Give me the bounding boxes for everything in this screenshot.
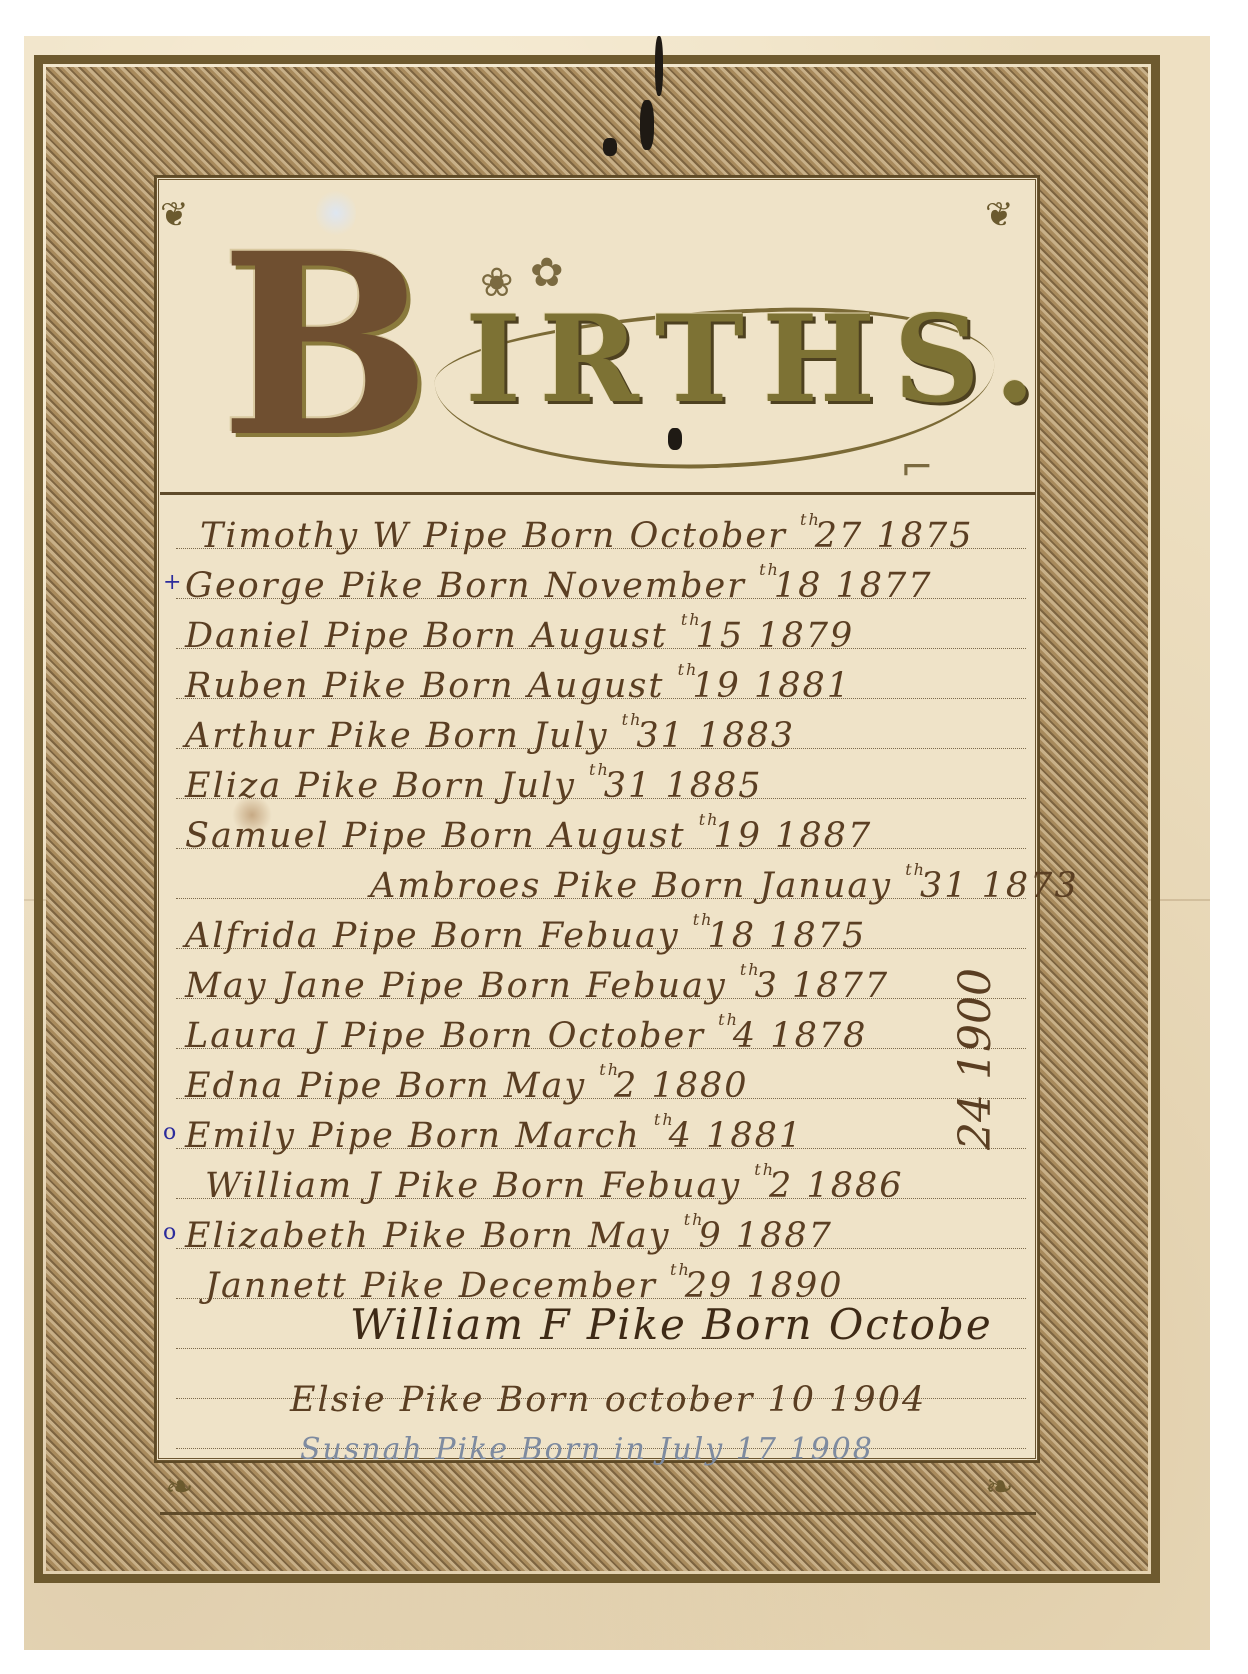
- entry-text: Alfrida Pipe Born Febuay: [185, 916, 680, 956]
- birth-entry: Arthur Pike Born July th31 1883: [185, 710, 795, 756]
- corner-flourish-bottom-left-icon: ❧: [165, 1470, 194, 1504]
- paper-tear: [655, 36, 663, 96]
- entry-text: Timothy W Pipe Born October: [200, 516, 787, 556]
- entry-marker: +: [163, 570, 181, 595]
- birth-entry: Emily Pipe Born March th4 1881: [185, 1110, 803, 1156]
- entry-text: Elsie Pike Born october 10 1904: [290, 1380, 926, 1420]
- entry-day: 31: [604, 766, 653, 806]
- entry-day: 2: [614, 1066, 638, 1106]
- entry-day: 2: [769, 1166, 793, 1206]
- entry-day: 27: [815, 516, 864, 556]
- birth-entry: Ambroes Pike Born Januay th31 1873: [370, 860, 1079, 906]
- entry-text: Edna Pipe Born May: [185, 1066, 586, 1106]
- birth-entry: William F Pike Born Octobe: [350, 1300, 993, 1349]
- entry-day: 18: [774, 566, 823, 606]
- entry-day: 19: [692, 666, 741, 706]
- header-divider: [160, 492, 1036, 495]
- entry-year: 1877: [792, 966, 889, 1006]
- entry-year: 1881: [706, 1116, 803, 1156]
- entry-year: 1875: [876, 516, 973, 556]
- entry-day: 9: [698, 1216, 722, 1256]
- water-spot: [316, 188, 356, 238]
- entry-marker: o: [163, 1220, 176, 1245]
- entry-year: 1881: [754, 666, 851, 706]
- entry-text: Arthur Pike Born July: [185, 716, 609, 756]
- entry-year: 1879: [757, 616, 854, 656]
- birth-entry: Eliza Pike Born July th31 1885: [185, 760, 763, 806]
- entry-day: 4: [669, 1116, 693, 1156]
- birth-entry: George Pike Born November th18 1877: [185, 560, 933, 606]
- entry-year: 1878: [770, 1016, 867, 1056]
- corner-flourish-bottom-right-icon: ❧: [985, 1470, 1014, 1504]
- birth-entry: Ruben Pike Born August th19 1881: [185, 660, 851, 706]
- entry-text: May Jane Pipe Born Febuay: [185, 966, 727, 1006]
- entry-year: 1883: [698, 716, 795, 756]
- corner-flourish-top-left-icon: ❦: [160, 198, 189, 232]
- ribbon-end-ornament-icon: ⌐: [900, 445, 934, 491]
- entry-text: Laura J Pipe Born October: [185, 1016, 705, 1056]
- corner-flourish-top-right-icon: ❦: [985, 198, 1014, 232]
- entry-text: Elizabeth Pike Born May: [185, 1216, 671, 1256]
- entry-year: 1877: [835, 566, 932, 606]
- entry-day: 4: [733, 1016, 757, 1056]
- birth-entry: May Jane Pipe Born Febuay th3 1877: [185, 960, 889, 1006]
- entry-year: 1880: [651, 1066, 748, 1106]
- birth-entry: Edna Pipe Born May th2 1880: [185, 1060, 749, 1106]
- entry-year: 1885: [665, 766, 762, 806]
- entry-year: 1875: [769, 916, 866, 956]
- entry-day: 31: [920, 866, 969, 906]
- scroll-ornament-icon: ❀: [480, 260, 514, 306]
- entry-year: 1887: [736, 1216, 833, 1256]
- entry-text: Ruben Pike Born August: [185, 666, 664, 706]
- entry-day: 15: [696, 616, 745, 656]
- entry-year: 1887: [775, 816, 872, 856]
- birth-entry: Timothy W Pipe Born October th27 1875: [200, 510, 974, 556]
- birth-entry: Laura J Pipe Born October th4 1878: [185, 1010, 867, 1056]
- entry-day: 19: [713, 816, 762, 856]
- entry-text: Susnah Pike Born in July 17 1908: [300, 1432, 874, 1467]
- title-text: IRTHS.: [465, 300, 1054, 420]
- birth-entry: Samuel Pipe Born August th19 1887: [185, 810, 872, 856]
- paper-hole: [668, 428, 682, 450]
- entry-text: Daniel Pipe Born August: [185, 616, 668, 656]
- entry-text: William F Pike Born Octobe: [350, 1300, 993, 1349]
- footer-divider: [160, 1512, 1036, 1515]
- entry-year: 1873: [982, 866, 1079, 906]
- birth-entry: Susnah Pike Born in July 17 1908: [300, 1432, 874, 1467]
- birth-entry: William J Pike Born Febuay th2 1886: [205, 1160, 904, 1206]
- birth-entry: Daniel Pipe Born August th15 1879: [185, 610, 854, 656]
- entry-marker: o: [163, 1120, 176, 1145]
- entry-text: George Pike Born November: [185, 566, 746, 606]
- entry-day: 31: [636, 716, 685, 756]
- title-initial: B: [220, 220, 431, 470]
- entry-text: William J Pike Born Febuay: [205, 1166, 741, 1206]
- birth-entry: Elsie Pike Born october 10 1904: [290, 1380, 926, 1420]
- entry-day: 18: [707, 916, 756, 956]
- entry-day: 3: [755, 966, 779, 1006]
- entry-text: Emily Pipe Born March: [185, 1116, 641, 1156]
- ink-stain: [232, 795, 272, 835]
- margin-note: 24 1900: [950, 968, 1001, 1150]
- birth-entry: Alfrida Pipe Born Febuay th18 1875: [185, 910, 866, 956]
- birth-entry: Elizabeth Pike Born May th9 1887: [185, 1210, 833, 1256]
- page-title: B IRTHS. ✿ ❀ ⌐: [200, 230, 1000, 490]
- paper-hole: [603, 138, 617, 156]
- paper-tear: [640, 100, 654, 150]
- entry-text: Ambroes Pike Born Januay: [370, 866, 892, 906]
- rose-ornament-icon: ✿: [530, 250, 564, 296]
- entry-year: 1886: [806, 1166, 903, 1206]
